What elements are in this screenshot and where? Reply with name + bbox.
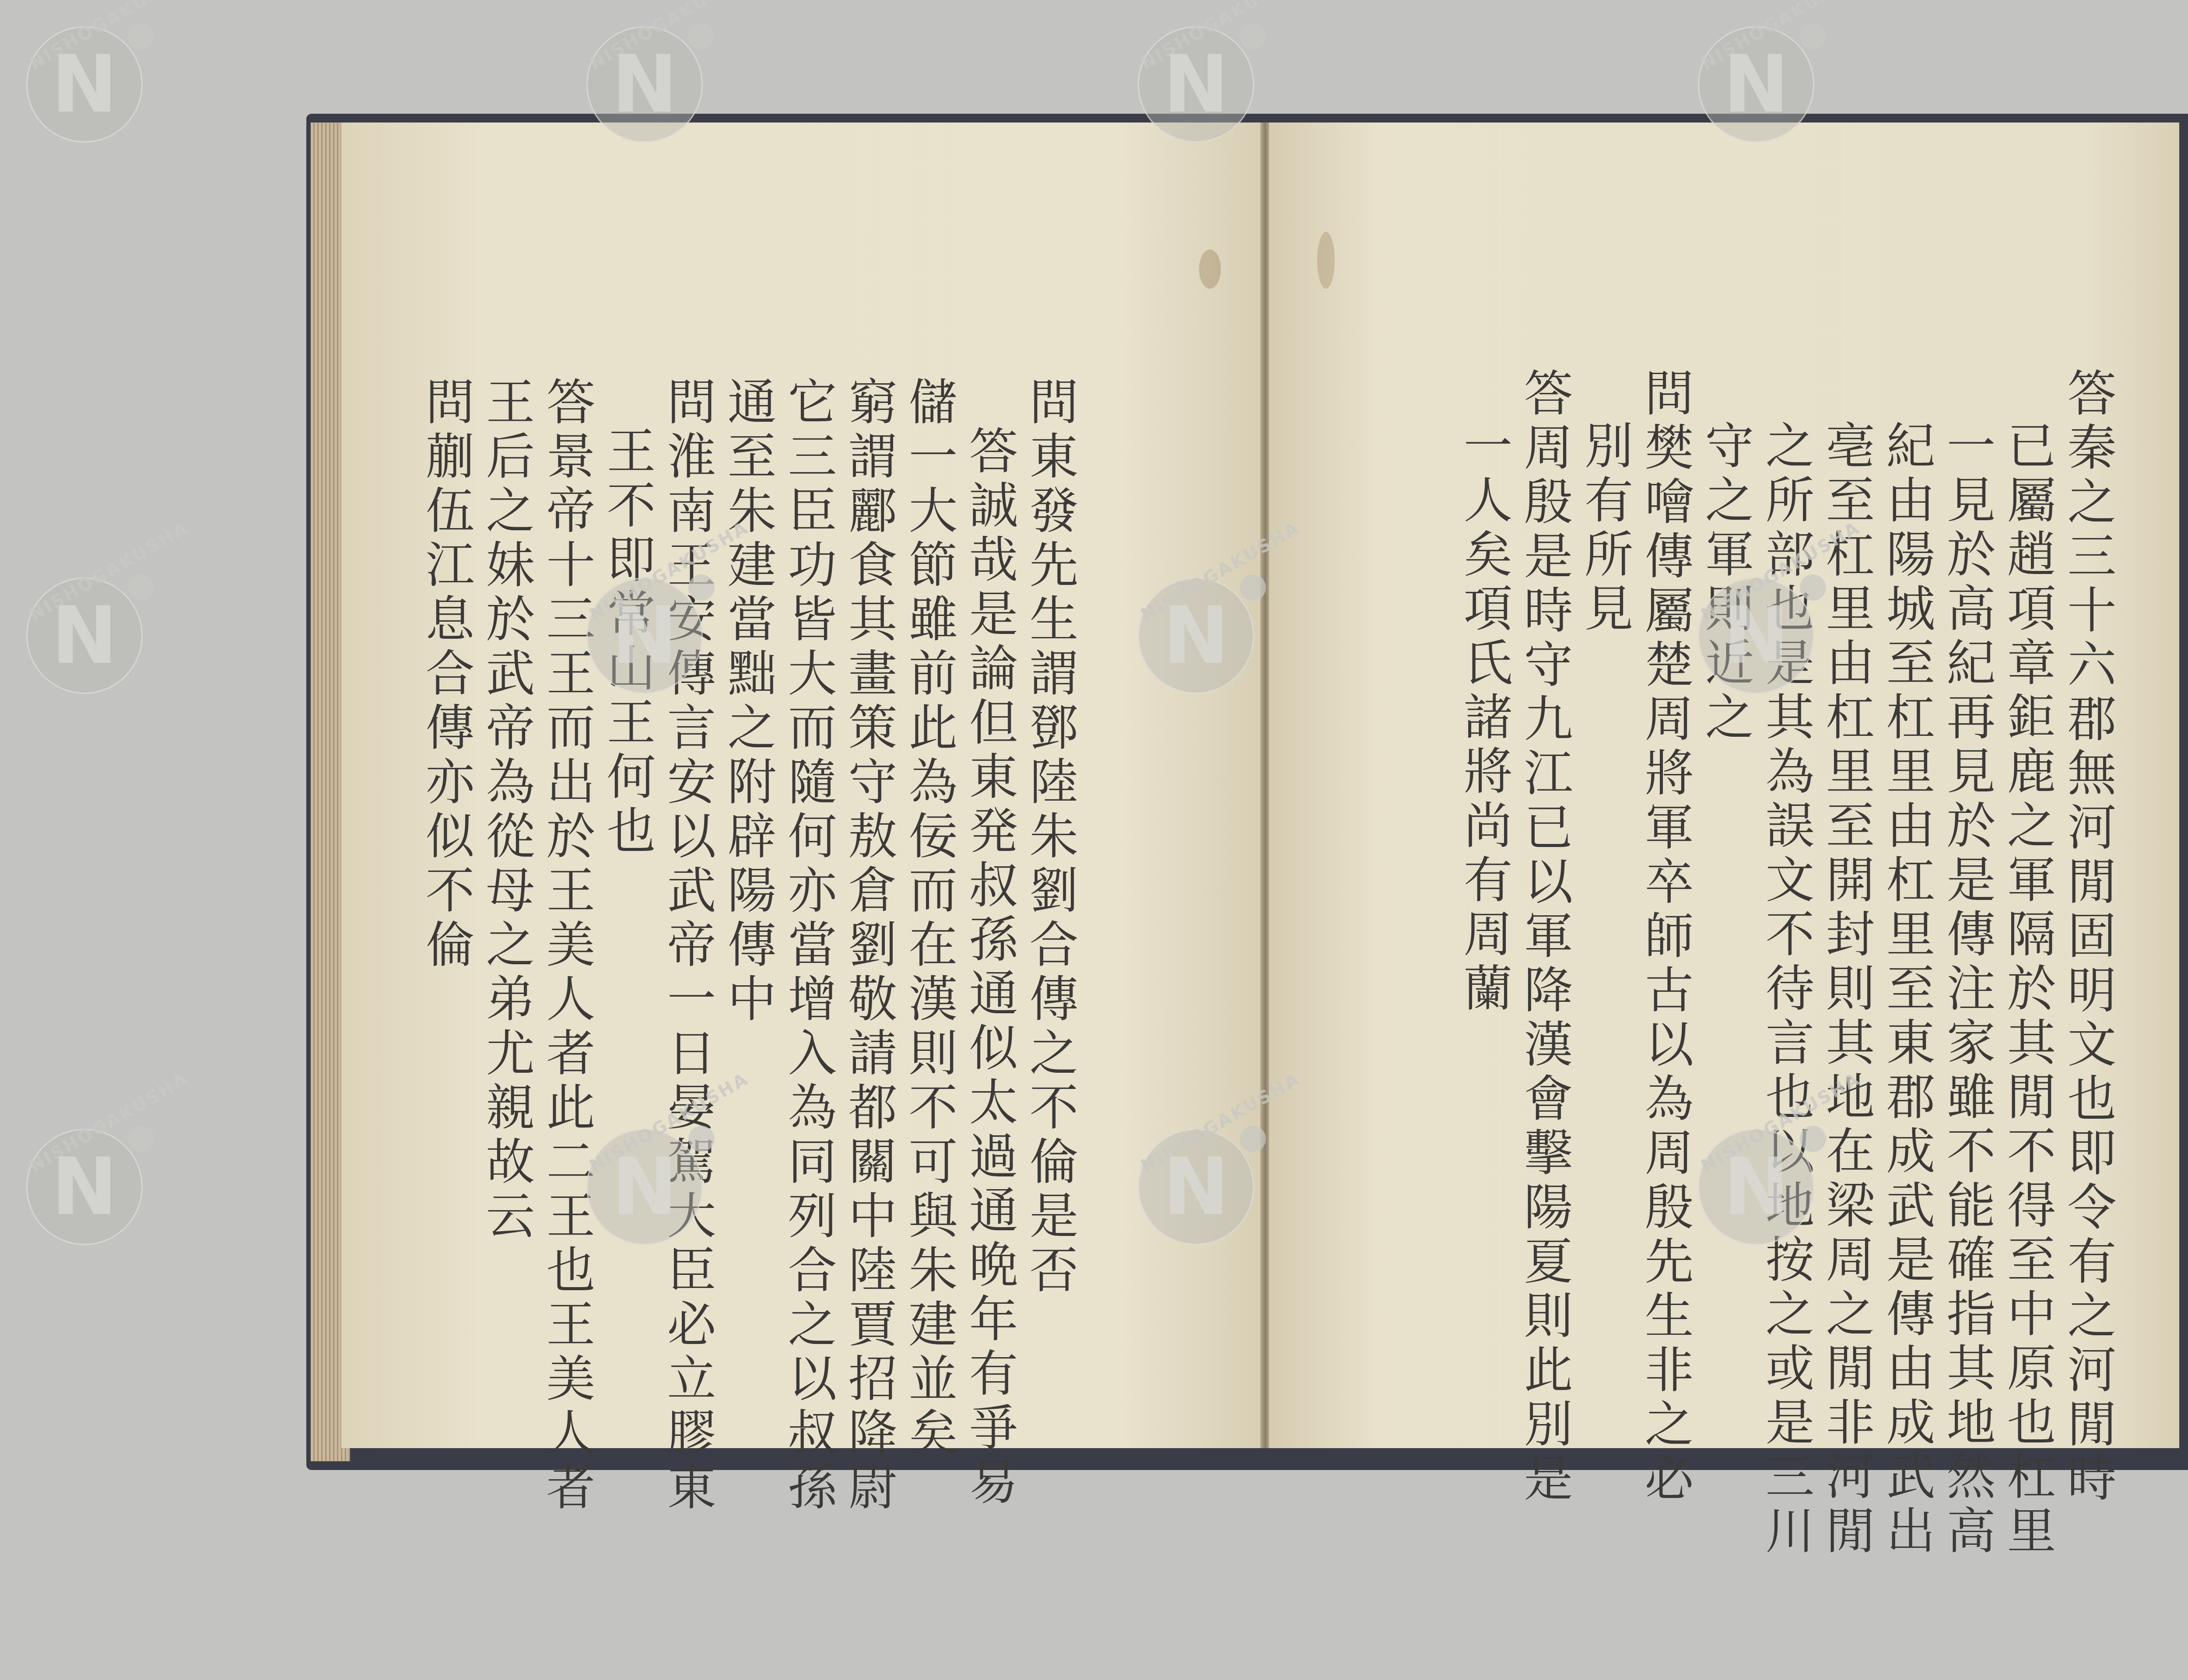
- watermark-glyph: N: [588, 1130, 701, 1244]
- text-column: 答景帝十三王而出於王美人者此二王也王美人者: [536, 376, 597, 1515]
- watermark-logo-icon: NISHOGAKUSHAN: [1138, 577, 1254, 694]
- watermark-logo-icon: NISHOGAKUSHAN: [586, 577, 703, 694]
- ink-stain: [1199, 249, 1221, 289]
- watermark-glyph: N: [588, 28, 701, 141]
- watermark-logo-icon: NISHOGAKUSHAN: [1138, 1129, 1254, 1245]
- text-column: 已屬趙項章鉅鹿之軍隔於其閒不得至中原也杠里: [1997, 367, 2058, 1559]
- text-column: 問樊噲傳屬楚周將軍卒師古以為周殷先生非之必: [1635, 367, 1695, 1559]
- watermark-logo-icon: NISHOGAKUSHAN: [586, 26, 703, 143]
- ink-stain: [1317, 232, 1335, 289]
- open-book: 問東發先生謂鄧陸朱劉合傳之不倫是否 答誠哉是論但東発叔孫通似太過通晩年有爭易 儲…: [306, 114, 2188, 1470]
- watermark-glyph: N: [1699, 28, 1813, 141]
- watermark-logo-icon: NISHOGAKUSHAN: [1698, 26, 1814, 143]
- watermark-glyph: N: [588, 579, 701, 693]
- left-page-text: 問東發先生謂鄧陸朱劉合傳之不倫是否 答誠哉是論但東発叔孫通似太過通晩年有爭易 儲…: [416, 376, 1080, 1515]
- text-column: 它三臣功皆大而隨何亦當增入為同列合之以叔孫: [778, 376, 838, 1515]
- text-column: 問東發先生謂鄧陸朱劉合傳之不倫是否: [1020, 376, 1080, 1515]
- text-column: 王后之妹於武帝為從母之弟尤親故云: [476, 376, 536, 1515]
- watermark-logo-icon: NISHOGAKUSHAN: [26, 1129, 143, 1245]
- watermark-glyph: N: [1699, 1130, 1813, 1244]
- watermark-glyph: N: [1139, 28, 1253, 141]
- watermark-logo-icon: NISHOGAKUSHAN: [1698, 1129, 1814, 1245]
- watermark-logo-icon: NISHOGAKUSHAN: [26, 26, 143, 143]
- left-page: 問東發先生謂鄧陸朱劉合傳之不倫是否 答誠哉是論但東発叔孫通似太過通晩年有爭易 儲…: [341, 122, 1260, 1448]
- watermark-glyph: N: [1139, 579, 1253, 693]
- book-gutter: [1260, 122, 1270, 1448]
- watermark-logo-icon: NISHOGAKUSHAN: [26, 577, 143, 694]
- watermark-glyph: N: [1139, 1130, 1253, 1244]
- text-column: 一見於高紀再見於是傳注家雖不能確指其地然高: [1937, 367, 1997, 1559]
- right-page: 答秦之三十六郡無河閒固明文也即令有之河閒時 已屬趙項章鉅鹿之軍隔於其閒不得至中原…: [1269, 122, 2179, 1448]
- right-page-text: 答秦之三十六郡無河閒固明文也即令有之河閒時 已屬趙項章鉅鹿之軍隔於其閒不得至中原…: [1454, 367, 2118, 1559]
- text-column: 窮謂酈食其畫策守敖倉劉敬請都關中陸賈招降尉: [838, 376, 899, 1515]
- watermark-logo-icon: NISHOGAKUSHAN: [1698, 577, 1814, 694]
- watermark-glyph: N: [28, 28, 141, 141]
- text-column: 別有所見: [1574, 367, 1635, 1559]
- text-column: 問蒯伍江息合傳亦似不倫: [416, 376, 476, 1515]
- text-column: 答秦之三十六郡無河閒固明文也即令有之河閒時: [2058, 367, 2118, 1559]
- text-column: 守之軍則近之: [1695, 367, 1756, 1559]
- watermark-logo-icon: NISHOGAKUSHAN: [1138, 26, 1254, 143]
- watermark-glyph: N: [1699, 579, 1813, 693]
- watermark-glyph: N: [28, 1130, 141, 1244]
- text-column: 紀由陽城至杠里由杠里至東郡成武是傳由成武出: [1876, 367, 1937, 1559]
- text-column: 一人矣項氏諸將尚有周蘭: [1454, 367, 1514, 1559]
- watermark-logo-icon: NISHOGAKUSHAN: [586, 1129, 703, 1245]
- text-column: 儲一大節雖前此為佞而在漢則不可與朱建並矣: [899, 376, 959, 1515]
- watermark-glyph: N: [28, 579, 141, 693]
- text-column: 答周殷是時守九江已以軍降漢會擊陽夏則此別是: [1514, 367, 1574, 1559]
- text-column: 答誠哉是論但東発叔孫通似太過通晩年有爭易: [959, 376, 1020, 1515]
- text-column: 王不即常山王何也: [597, 376, 657, 1515]
